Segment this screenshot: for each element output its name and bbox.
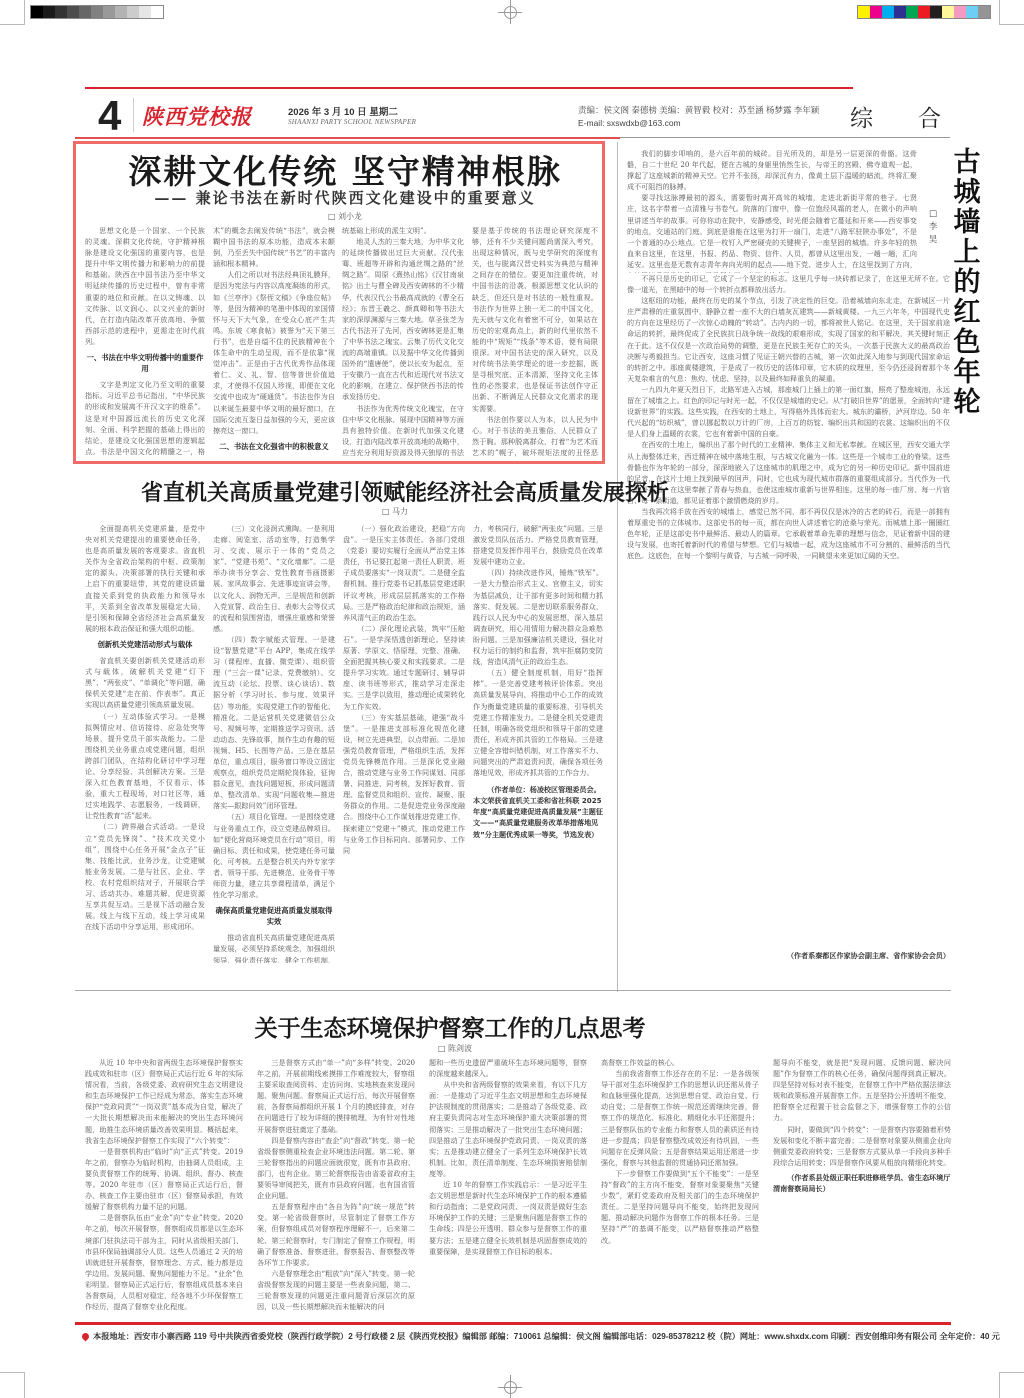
article1-column-1: 思想文化是一个国家、一个民族的灵魂。深耕文化传统，守护精神根脉是建设文化强国的重… <box>85 225 205 457</box>
article1-subtitle: —— 兼论书法在新时代陕西文化建设中的重要意义 <box>90 187 600 208</box>
color-swatch <box>882 6 894 18</box>
grayscale-swatch <box>91 6 103 18</box>
header-bottom-rule-gray <box>620 137 950 138</box>
grayscale-swatch <box>127 6 139 18</box>
color-swatch <box>954 6 966 18</box>
english-name: SHAANXI PARTY SCHOOL NEWSPAPER <box>288 118 416 126</box>
article2-author-note-wrap: （作者系秦都区作家协会副主席、省作家协会会员） <box>627 950 950 966</box>
color-swatch <box>858 6 870 18</box>
article3-column-3: （一）强化政治建设，把稳“方向盘”。一是压实主体责任。各部门党组（党委）要切实履… <box>343 523 465 963</box>
color-swatch <box>978 6 990 18</box>
location-pin-icon <box>81 1332 91 1342</box>
article-divider <box>75 990 951 991</box>
footer-address: 本报地址：西安市小寨西路 119 号中共陕西省委党校（陕西行政学院）2 号行政楼… <box>93 1332 1000 1341</box>
article3-byline: □ 马力 <box>340 506 450 517</box>
footer-rule <box>75 1322 951 1325</box>
article4-column-1: 从近 10 年中央和省两级生态环境保护督察实践成效和驻市（区）督察局正式运行近 … <box>85 1057 243 1317</box>
color-swatch <box>942 6 954 18</box>
article2-title: 古城墙上的红色年轮 <box>947 148 987 418</box>
grayscale-swatch <box>103 6 115 18</box>
article4-column-5: 题导向不能变，就是把“发现问题、反馈问题、解决问题”作为督察工作的核心任务，确保… <box>773 1057 951 1317</box>
article3-column-4: 力，考核同行，破解“两张皮”问题。三是激发党员队伍活力。严格党员教育管理，搭建党… <box>473 523 603 963</box>
color-swatch <box>906 6 918 18</box>
color-swatch <box>918 6 930 18</box>
article1-column-3: 统基础上形成的派生文明”。 地灵人杰的三秦大地，为中华文化的延续传播做出过巨大贡… <box>342 225 464 457</box>
article1-column-2: 术”的概念去阐发传统“书法”，就会模糊中国书法的原本功能，造成本末颠倒，乃至丢失… <box>213 225 335 457</box>
color-calibration-bar <box>857 5 991 19</box>
article3-title: 省直机关高质量党建引领赋能经济社会高质量发展探析 <box>100 476 710 507</box>
article4-author-note: （作者系县处级正职任职进修班学员、省生态环境厅渭南督察局局长） <box>773 1172 951 1194</box>
editors-line: 责编：侯文阁 秦德榜 美编：黄智毅 校对：苏至涵 杨梦露 李年颖 <box>578 104 819 117</box>
grayscale-swatch <box>43 6 55 18</box>
article2-author-note: （作者系秦都区作家协会副主席、省作家协会会员） <box>627 950 950 961</box>
grayscale-swatch <box>79 6 91 18</box>
article3-column-1: 全面提高机关党建质量，是党中央对机关党建提出的重要使命任务，也是高质量发展的客观… <box>85 523 205 963</box>
footer-info: 本报地址：西安市小寨西路 119 号中共陕西省委党校（陕西行政学院）2 号行政楼… <box>82 1331 1000 1342</box>
article1-title: 深耕文化传统 坚守精神根脉 <box>90 146 600 193</box>
article1-column-4: 要是基于传统的书法理论研究深度不够，还有不少关键问题尚需深入考究，出现这种情况，… <box>472 225 598 457</box>
editor-credits: 责编：侯文阁 秦德榜 美编：黄智毅 校对：苏至涵 杨梦露 李年颖 E-mail:… <box>578 104 819 130</box>
grayscale-swatch <box>151 6 163 18</box>
header-top-rule <box>85 87 427 89</box>
registration-mark-top <box>498 0 522 24</box>
article4-column-3: 题和一些历史遗留严重破坏生态环境问题等，督察的深度越来越深入。 从中央和省两级督… <box>429 1057 587 1317</box>
crop-mark-top-left <box>0 0 25 25</box>
grayscale-swatch <box>115 6 127 18</box>
section-name: 综合 <box>850 100 986 133</box>
registration-mark-bottom <box>498 1375 522 1398</box>
right-column-divider <box>617 142 618 992</box>
header-bottom-rule <box>75 137 620 139</box>
article3-author-note: （作者单位：杨凌校区管理委员会。本文荣获省直机关工委和省社科联 2025 年度“… <box>473 784 603 839</box>
newspaper-logo: 陕西党校报 <box>142 101 252 131</box>
article4-column-4: 高督察工作效益的核心。 当前我省督察工作还存在的不足：一是各级领导干部对生态环境… <box>601 1057 759 1317</box>
grayscale-calibration-bar <box>30 5 164 19</box>
crop-mark-bottom-left <box>0 1372 25 1398</box>
article2-byline: □李昊 <box>926 208 940 247</box>
article4-byline: □ 陈剑波 <box>400 1043 510 1054</box>
color-swatch <box>966 6 978 18</box>
grayscale-swatch <box>67 6 79 18</box>
email-line: E-mail: sxswdxb@163.com <box>578 117 819 130</box>
grayscale-swatch <box>31 6 43 18</box>
article2-column-body: 不再只是历史的印记，它成了一个坚定的标志。这里几乎每一块砖都记录了，在这里无所不… <box>627 273 950 953</box>
grayscale-swatch <box>139 6 151 18</box>
color-swatch <box>930 6 942 18</box>
color-swatch <box>870 6 882 18</box>
color-swatch <box>894 6 906 18</box>
article4-title: 关于生态环境保护督察工作的几点思考 <box>100 1010 800 1043</box>
article4-column-2: 三是督察方式由“单一”向“多样”转变。2020 年之前，开展前期线索摸排工作难度… <box>257 1057 415 1317</box>
crop-mark-top-right <box>999 0 1024 25</box>
issue-date: 2026 年 3 月 10 日 星期二 <box>288 104 398 118</box>
article3-column-2: （三）文化浸润式熏陶。一是利用走廊、阅览室、活动室等，打造集学习、交流、展示于一… <box>213 523 335 963</box>
grayscale-swatch <box>55 6 67 18</box>
header-top-rule-right <box>427 87 853 89</box>
article2-column-top: 我们的脚步叩响的，是六百年前的城砖。目光所及的，却是另一层更深的骨骼。这骨骼，自… <box>627 148 917 273</box>
page-number: 4 <box>98 95 121 137</box>
article1-byline: □ 刘小龙 <box>300 211 390 222</box>
crop-mark-bottom-right <box>999 1372 1024 1398</box>
masthead-divider <box>133 98 134 132</box>
